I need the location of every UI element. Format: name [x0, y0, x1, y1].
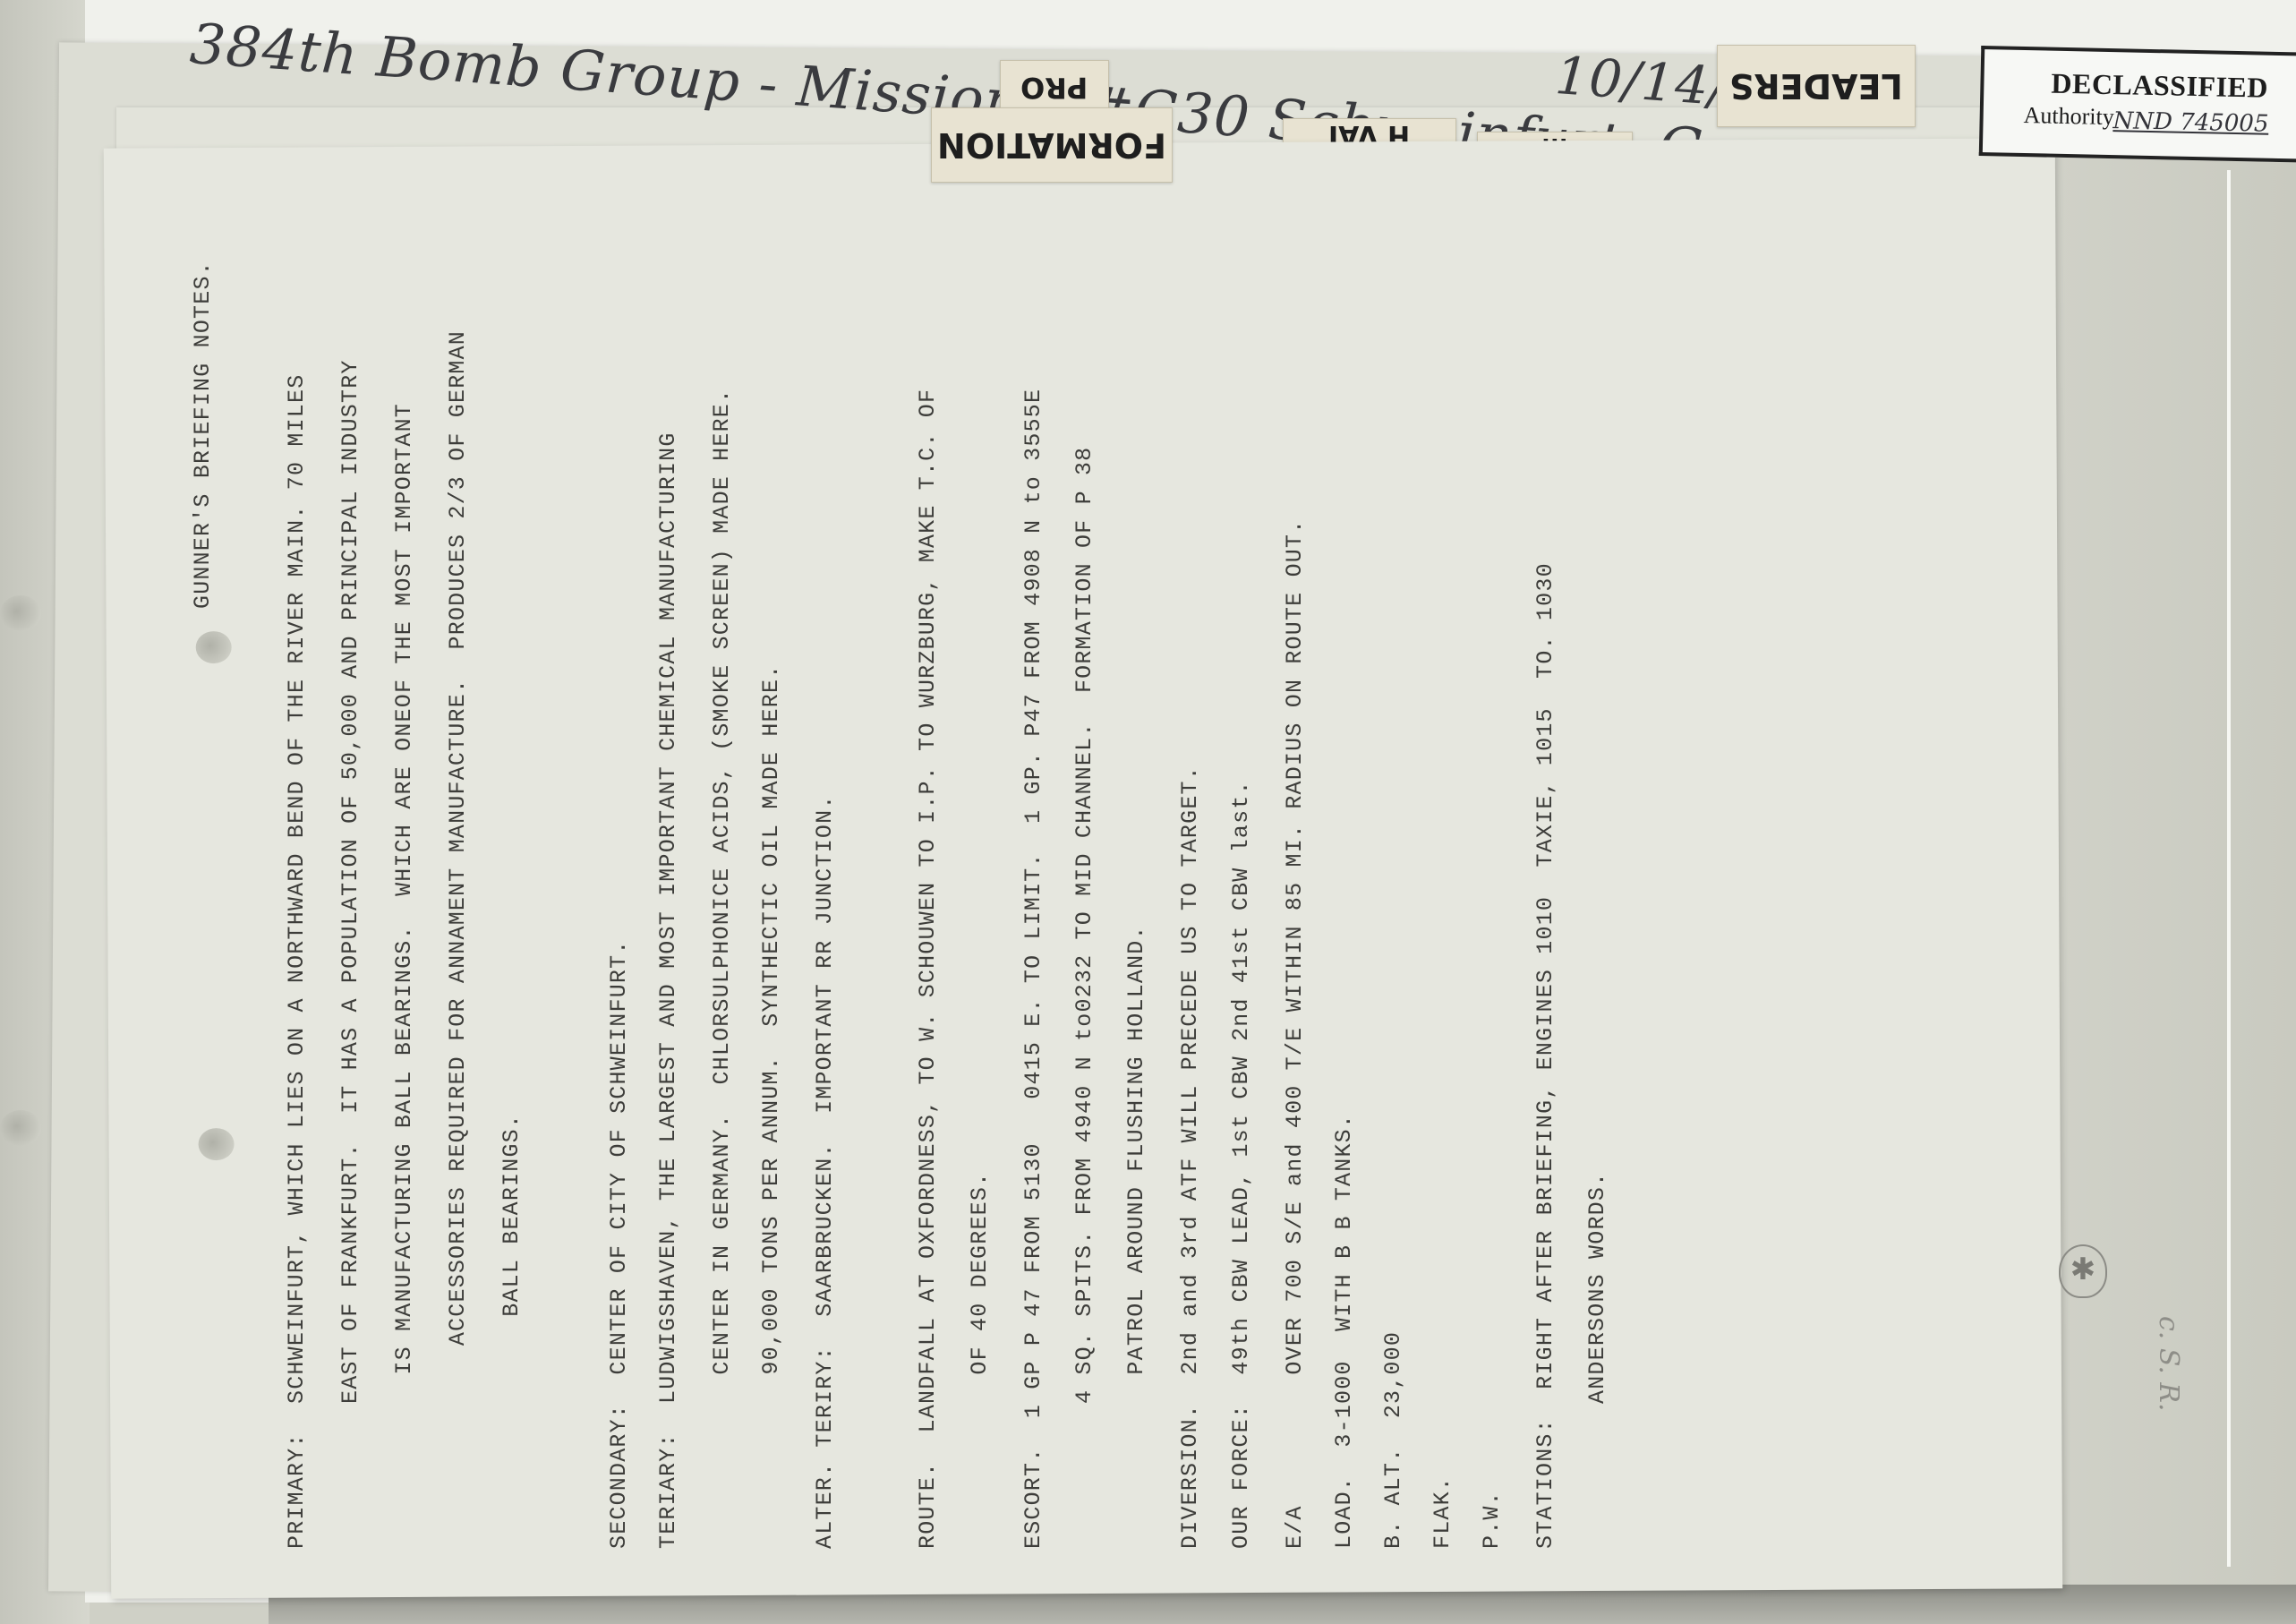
tab-label: FORMATION: [937, 125, 1166, 165]
document-line: PATROL AROUND FLUSHING HOLLAND.: [1123, 925, 1149, 1549]
document-heading: GUNNER'S BRIEFING NOTES.: [190, 261, 216, 609]
document-line: 90,000 TONS PER ANNUM. SYNTHECTIC OIL MA…: [758, 664, 784, 1549]
document-line: LOAD. 3-1000 WITH B B TANKS.: [1331, 1114, 1357, 1549]
document-line: TERIARY: LUDWIGSHAVEN, THE LARGEST AND M…: [655, 432, 681, 1549]
punch-hole-icon: [0, 595, 41, 631]
page-stack-edge: [2227, 170, 2231, 1567]
document-line: 4 SQ. SPITS. FROM 4940 N to0232 TO MID C…: [1071, 447, 1097, 1549]
document-line: OF 40 DEGREES.: [967, 1172, 993, 1549]
stamp-authority-value: NND 745005: [2112, 107, 2268, 138]
sketch-mark-icon: ✱: [2059, 1244, 2107, 1298]
document-line: DIVERSION. 2nd and 3rd ATF WILL PRECEDE …: [1177, 765, 1203, 1549]
stamp-authority-label: Authority: [2023, 102, 2114, 131]
document-line: FLAK.: [1430, 1476, 1455, 1549]
document-line: IS MANUFACTURING BALL BEARINGS. WHICH AR…: [391, 403, 417, 1549]
punch-hole-icon: [199, 1128, 235, 1160]
document-line: STATIONS: RIGHT AFTER BRIEFING, ENGINES …: [1532, 562, 1558, 1549]
document-line: BALL BEARINGS.: [499, 1114, 525, 1549]
document-line: P.W.: [1479, 1491, 1505, 1549]
document-line: EAST OF FRANKFURT. IT HAS A POPULATION O…: [337, 359, 363, 1549]
pencil-note: c. S. R.: [2153, 1316, 2184, 1412]
stamp-title: DECLASSIFIED: [2051, 67, 2268, 105]
tab-leaders[interactable]: LEADERS: [1717, 45, 1916, 127]
document-line: E/A OVER 700 S/E and 400 T/E WITHIN 85 M…: [1282, 519, 1308, 1549]
tab-label: PRO: [1020, 71, 1088, 105]
punch-hole-icon: [196, 631, 232, 663]
handwritten-date: 10/14/: [1553, 45, 1729, 117]
document-line: ALTER. TERIRY: SAARBRUCKEN. IMPORTANT RR…: [812, 794, 838, 1549]
document-line: OUR FORCE: 49th CBW LEAD, 1st CBW 2nd 41…: [1228, 780, 1254, 1549]
tab-label: LEADERS: [1729, 66, 1903, 106]
document-line: ROUTE. LANDFALL AT OXFORDNESS, TO W. SCH…: [915, 389, 941, 1549]
document-line: B. ALT. 23,000: [1380, 1331, 1406, 1549]
document-line: ACCESSORIES REQUIRED FOR ANNAMENT MANUFA…: [445, 330, 471, 1549]
tab-formation[interactable]: FORMATION: [931, 107, 1173, 183]
document-line: SECONDARY: CENTER OF CITY OF SCHWEINFURT…: [606, 939, 632, 1549]
punch-hole-icon: [0, 1110, 41, 1146]
document-line: ESCORT. 1 GP P 47 FROM 5130 0415 E. TO L…: [1020, 389, 1046, 1549]
declassified-stamp: DECLASSIFIED Authority NND 745005: [1979, 46, 2296, 163]
document-line: PRIMARY: SCHWEINFURT, WHICH LIES ON A NO…: [284, 374, 310, 1549]
document-line: ANDERSONS WORDS.: [1584, 1172, 1610, 1549]
document-line: CENTER IN GERMANY. CHLORSULPHONICE ACIDS…: [709, 389, 735, 1549]
